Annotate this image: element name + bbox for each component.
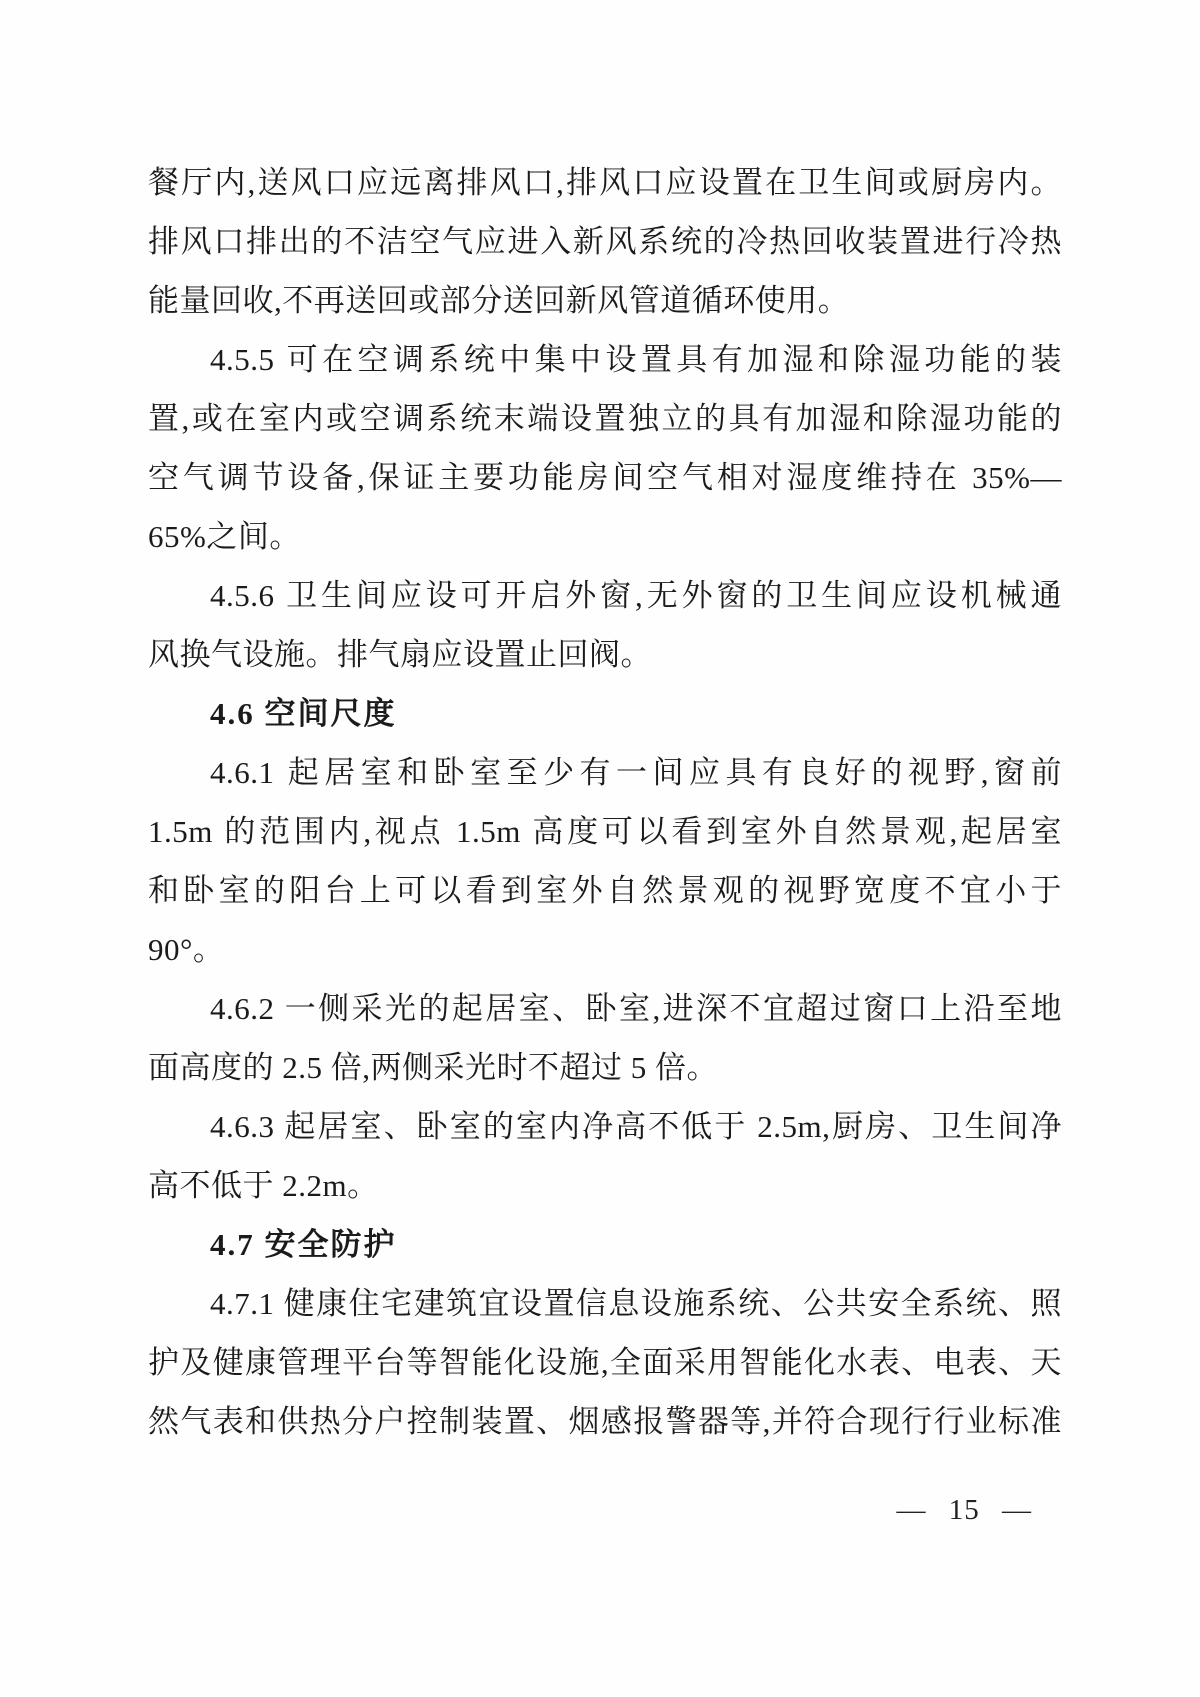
doc-line: 然气表和供热分户控制装置、烟感报警器等,并符合现行行业标准 — [148, 1392, 1062, 1451]
section-heading-4-6: 4.6 空间尺度 — [148, 684, 1062, 743]
clause-4-6-2-line: 4.6.2 一侧采光的起居室、卧室,进深不宜超过窗口上沿至地 — [148, 979, 1062, 1038]
doc-line: 能量回收,不再送回或部分送回新风管道循环使用。 — [148, 271, 1062, 330]
text-block: 餐厅内,送风口应远离排风口,排风口应设置在卫生间或厨房内。 排风口排出的不洁空气… — [148, 153, 1062, 1451]
document-page: 餐厅内,送风口应远离排风口,排风口应设置在卫生间或厨房内。 排风口排出的不洁空气… — [0, 0, 1200, 1697]
clause-4-6-3-line: 4.6.3 起居室、卧室的室内净高不低于 2.5m,厨房、卫生间净 — [148, 1097, 1062, 1156]
clause-4-6-1-line: 4.6.1 起居室和卧室至少有一间应具有良好的视野,窗前 — [148, 743, 1062, 802]
clause-4-5-6-line: 4.5.6 卫生间应设可开启外窗,无外窗的卫生间应设机械通 — [148, 566, 1062, 625]
doc-line: 置,或在室内或空调系统末端设置独立的具有加湿和除湿功能的 — [148, 389, 1062, 448]
doc-line: 餐厅内,送风口应远离排风口,排风口应设置在卫生间或厨房内。 — [148, 153, 1062, 212]
doc-line: 空气调节设备,保证主要功能房间空气相对湿度维持在 35%— — [148, 448, 1062, 507]
clause-4-7-1-line: 4.7.1 健康住宅建筑宜设置信息设施系统、公共安全系统、照 — [148, 1274, 1062, 1333]
doc-line: 和卧室的阳台上可以看到室外自然景观的视野宽度不宜小于 — [148, 861, 1062, 920]
doc-line: 排风口排出的不洁空气应进入新风系统的冷热回收装置进行冷热 — [148, 212, 1062, 271]
doc-line: 65%之间。 — [148, 507, 1062, 566]
clause-4-5-5-line: 4.5.5 可在空调系统中集中设置具有加湿和除湿功能的装 — [148, 330, 1062, 389]
doc-line: 1.5m 的范围内,视点 1.5m 高度可以看到室外自然景观,起居室 — [148, 802, 1062, 861]
page-number: — 15 — — [897, 1494, 1033, 1527]
doc-line: 护及健康管理平台等智能化设施,全面采用智能化水表、电表、天 — [148, 1333, 1062, 1392]
doc-line: 风换气设施。排气扇应设置止回阀。 — [148, 625, 1062, 684]
section-heading-4-7: 4.7 安全防护 — [148, 1215, 1062, 1274]
doc-line: 面高度的 2.5 倍,两侧采光时不超过 5 倍。 — [148, 1038, 1062, 1097]
doc-line: 高不低于 2.2m。 — [148, 1156, 1062, 1215]
doc-line: 90°。 — [148, 920, 1062, 979]
